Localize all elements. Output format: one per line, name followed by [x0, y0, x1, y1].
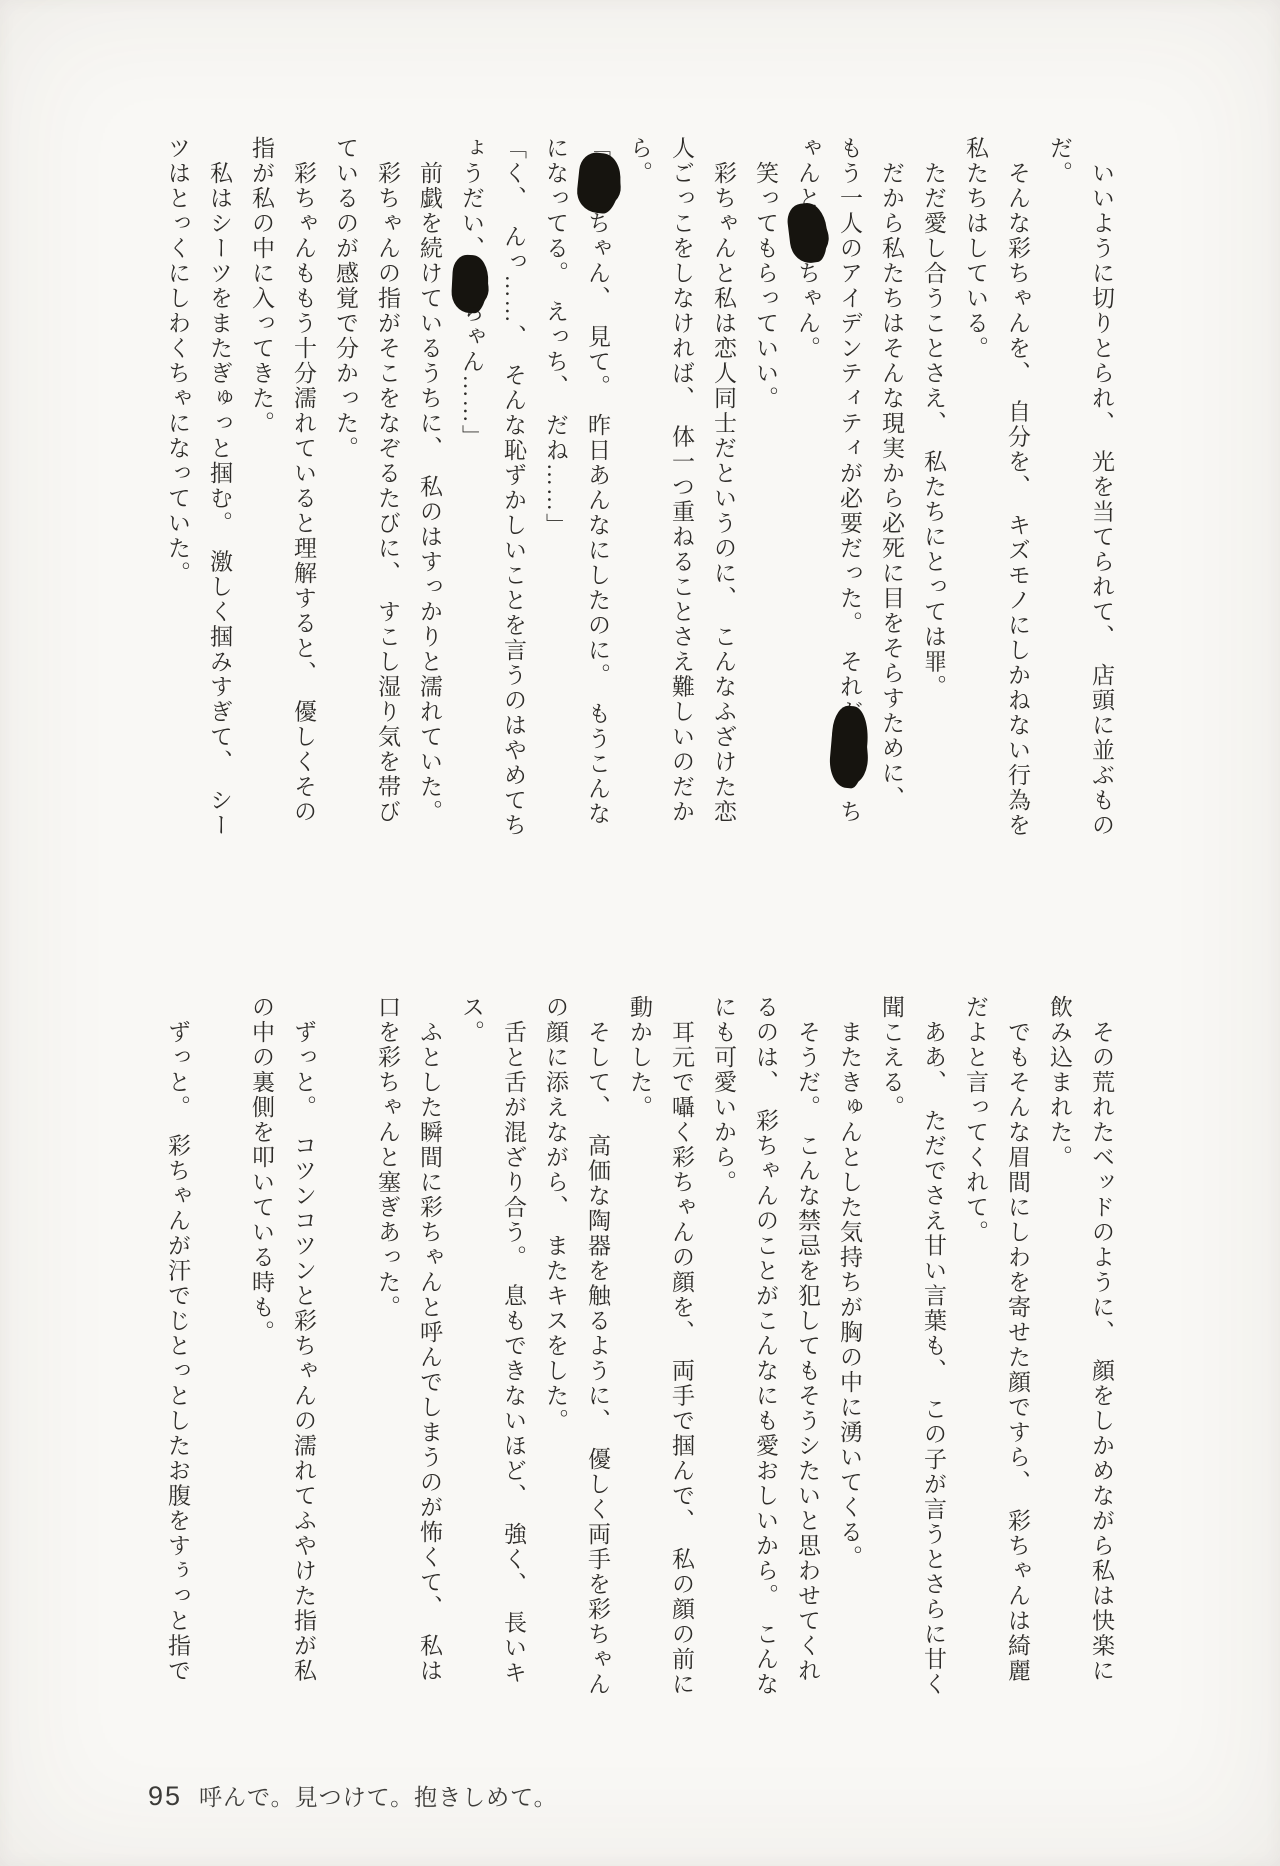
text-column: だ。 [1038, 136, 1080, 876]
text-column: ツはとっくにしわくちゃになっていた。 [156, 136, 198, 876]
text-column-blank [324, 995, 366, 1735]
text-column: ただ愛し合うことさえ、 私たちにとっては罪。 [912, 136, 954, 876]
text-column: 「く、 んっ……、 そんな恥ずかしいことを言うのはやめてち [492, 136, 534, 876]
page-footer: 95 呼んで。見つけて。抱きしめて。 [148, 1779, 558, 1812]
text-column: 口を彩ちゃんと塞ぎあった。 [366, 995, 408, 1735]
text-column: そうだ。 こんな禁忌を犯してもそうシたいと思わせてくれ [786, 995, 828, 1735]
upper-text-block: いいように切りとられ、 光を当てられて、 店頭に並ぶもの だ。 そんな彩ちゃんを… [156, 136, 1122, 876]
lower-text-block: その荒れたベッドのように、 顔をしかめながら私は快楽に 飲み込まれた。 でもそん… [156, 995, 1122, 1735]
footer-title: 呼んで。見つけて。抱きしめて。 [199, 1779, 558, 1812]
text-column: そんな彩ちゃんを、 自分を、 キズモノにしかねない行為を [996, 136, 1038, 876]
text-column: そして、 高価な陶器を触るように、 優しく両手を彩ちゃん [576, 995, 618, 1735]
text-column: ずっと。 彩ちゃんが汗でじとっとしたお腹をすぅっと指で [156, 995, 198, 1735]
text-column: 聞こえる。 [870, 995, 912, 1735]
text-column: ているのが感覚で分かった。 [324, 136, 366, 876]
text-column: 彩ちゃんももう十分濡れていると理解すると、 優しくその [282, 136, 324, 876]
text-column: ふとした瞬間に彩ちゃんと呼んでしまうのが怖くて、 私は [408, 995, 450, 1735]
text-column: 動かした。 [618, 995, 660, 1735]
text-column: いいように切りとられ、 光を当てられて、 店頭に並ぶもの [1080, 136, 1122, 876]
text-column: ら。 [618, 136, 660, 876]
text-column: 人ごっこをしなければ、 体一つ重ねることさえ難しいのだか [660, 136, 702, 876]
text-column: またきゅんとした気持ちが胸の中に湧いてくる。 [828, 995, 870, 1735]
text-column: 彩ちゃんの指がそこをなぞるたびに、 すこし湿り気を帯び [366, 136, 408, 876]
text-column: るのは、 彩ちゃんのことがこんなにも愛おしいから。 こんな [744, 995, 786, 1735]
page-number: 95 [148, 1781, 182, 1812]
text-column: ょうだい、 ちゃん……」 [450, 136, 492, 876]
text-column: になってる。 えっち、 だね……」 [534, 136, 576, 876]
text-column: ス。 [450, 995, 492, 1735]
text-column: の顔に添えながら、 またキスをした。 [534, 995, 576, 1735]
scanned-page: いいように切りとられ、 光を当てられて、 店頭に並ぶもの だ。 そんな彩ちゃんを… [0, 0, 1280, 1866]
text-column: にも可愛いから。 [702, 995, 744, 1735]
text-column: の中の裏側を叩いている時も。 [240, 995, 282, 1735]
text-column: だから私たちはそんな現実から必死に目をそらすために、 [870, 136, 912, 876]
text-column: 舌と舌が混ざり合う。 息もできないほど、 強く、 長いキ [492, 995, 534, 1735]
text-column-blank [198, 995, 240, 1735]
text-column: 「 ちゃん、 見て。 昨日あんなにしたのに。 もうこんな [576, 136, 618, 876]
text-column: 耳元で囁く彩ちゃんの顔を、 両手で掴んで、 私の顔の前に [660, 995, 702, 1735]
text-column: 笑ってもらっていい。 [744, 136, 786, 876]
text-column: ずっと。 コツンコツンと彩ちゃんの濡れてふやけた指が私 [282, 995, 324, 1735]
text-column: 私はシーツをまたぎゅっと掴む。 激しく掴みすぎて、 シー [198, 136, 240, 876]
text-column: でもそんな眉間にしわを寄せた顔ですら、 彩ちゃんは綺麗 [996, 995, 1038, 1735]
text-column: 彩ちゃんと私は恋人同士だというのに、 こんなふざけた恋 [702, 136, 744, 876]
text-column: 前戯を続けているうちに、 私のはすっかりと濡れていた。 [408, 136, 450, 876]
text-column: その荒れたベッドのように、 顔をしかめながら私は快楽に [1080, 995, 1122, 1735]
text-column: 指が私の中に入ってきた。 [240, 136, 282, 876]
text-column: 私たちはしている。 [954, 136, 996, 876]
text-column: ああ、 ただでさえ甘い言葉も、 この子が言うとさらに甘く [912, 995, 954, 1735]
text-column: だよと言ってくれて。 [954, 995, 996, 1735]
text-column: 飲み込まれた。 [1038, 995, 1080, 1735]
